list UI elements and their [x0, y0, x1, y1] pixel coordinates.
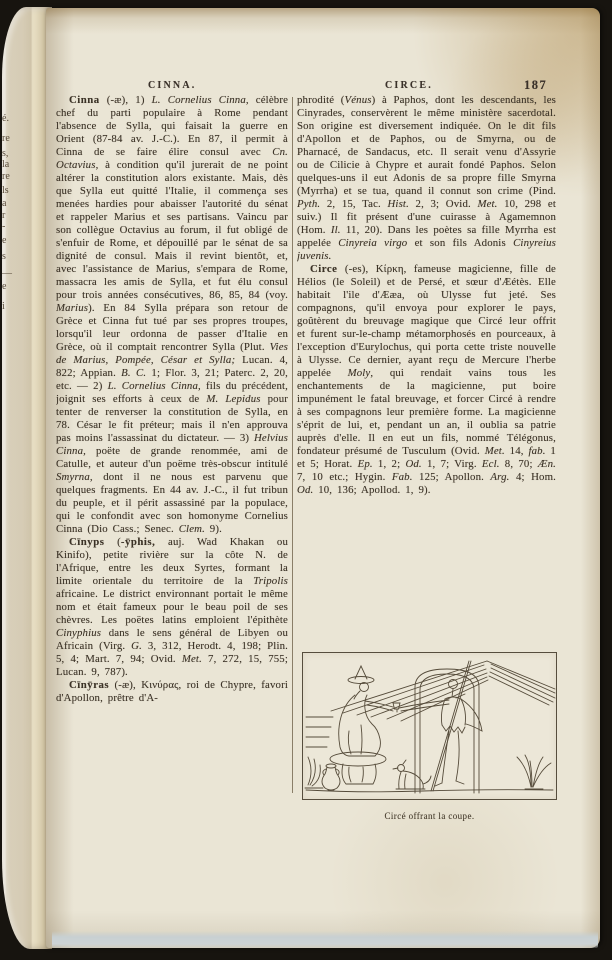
text-run: Pyth. — [297, 198, 320, 210]
text-run: Met. — [477, 198, 497, 210]
text-run: Il. — [331, 224, 341, 236]
text-run: Fab. — [392, 471, 413, 483]
text-run: 2, 3; Ovid. — [409, 198, 478, 210]
paragraph: Cīnȳras (-æ), Κινύρας, roi de Chypre, fa… — [56, 679, 288, 705]
text-run: 10, 136; Apollod. 1, 9). — [313, 484, 430, 496]
text-run: , qui rendait vains tous les enchantemen… — [297, 367, 556, 457]
text-run: M. Lepidus — [206, 393, 260, 405]
text-run: Ecl. — [482, 458, 500, 470]
text-run: 1, 7; Virg. — [422, 458, 482, 470]
text-run: Met. — [182, 653, 202, 665]
text-run: B. C. — [121, 367, 146, 379]
text-run: 2, 15, Tac. — [320, 198, 387, 210]
text-run: Smyrna, — [56, 471, 93, 483]
paragraph: phrodité (Vénus) à Paphos, dont les desc… — [297, 94, 556, 263]
text-column-right: phrodité (Vénus) à Paphos, dont les desc… — [297, 94, 556, 648]
text-run: africaine. Le district environnant porta… — [56, 588, 288, 626]
text-run: 4; Hom. — [510, 471, 556, 483]
text-run: Vénus — [345, 94, 372, 106]
paragraph: Circe (-es), Κίρκη, fameuse magicienne, … — [297, 263, 556, 497]
text-run: ). En 84 Sylla prépara son retour de Grè… — [56, 302, 288, 353]
entry-headword: Cīnȳras — [69, 679, 109, 691]
text-run: Æn. — [538, 458, 556, 470]
running-title-left: CINNA. — [148, 80, 196, 91]
entry-headword: -ȳphis, — [121, 536, 155, 548]
text-run: Marius — [56, 302, 88, 314]
text-run: Clem. — [179, 523, 205, 535]
text-run: et son fils Adonis — [407, 237, 513, 249]
text-run: 8, 70; — [500, 458, 538, 470]
text-run: poëte de grande renommée, ami de Catulle… — [56, 445, 288, 470]
circe-figure — [302, 652, 557, 800]
text-column-left: Cinna (-æ), 1) L. Cornelius Cinna, célèb… — [56, 94, 288, 798]
entry-headword: Circe — [310, 263, 337, 275]
text-run: phrodité ( — [297, 94, 345, 106]
text-run: ) à Paphos, dont les descendants, les Ci… — [297, 94, 556, 197]
entry-headword: Cinna — [69, 94, 100, 106]
book-scan: é.res,larelsar-es—ei CINNA. CIRCE. 187 C… — [0, 0, 612, 960]
text-run: Moly — [348, 367, 371, 379]
paragraph: Cinna (-æ), 1) L. Cornelius Cinna, célèb… — [56, 94, 288, 536]
text-run: L. Cornelius Cinna, — [108, 380, 201, 392]
entry-headword: Cīnyps — [69, 536, 104, 548]
text-run: Od. — [297, 484, 313, 496]
text-run: Hist. — [387, 198, 408, 210]
page-number: 187 — [524, 78, 547, 93]
text-run: Met. — [485, 445, 505, 457]
page-content: CINNA. CIRCE. 187 Cinna (-æ), 1) L. Corn… — [0, 0, 612, 960]
text-run: Od. — [405, 458, 421, 470]
circe-illustration — [303, 653, 556, 799]
text-run: ( — [104, 536, 120, 548]
text-run: 14, — [505, 445, 529, 457]
text-run: Cinyphius — [56, 627, 101, 639]
text-run: Arg. — [490, 471, 509, 483]
text-run: G. — [131, 640, 142, 652]
text-run: 7, 10 etc.; Hygin. — [297, 471, 392, 483]
column-divider-rule — [292, 97, 293, 793]
text-run: (-æ), 1) — [100, 94, 152, 106]
text-run: à condition qu'il jurerait de ne point a… — [56, 159, 288, 301]
text-run: Cinyreia virgo — [338, 237, 407, 249]
figure-caption: Circé offrant la coupe. — [302, 811, 557, 821]
text-run: 9). — [205, 523, 222, 535]
text-run: Ep. — [358, 458, 373, 470]
text-run: L. Cornelius Cinna, — [152, 94, 249, 106]
text-run: 1, 2; — [373, 458, 406, 470]
text-run: 125; Apollon. — [413, 471, 491, 483]
text-run: Tripolis — [253, 575, 288, 587]
paragraph: Cīnyps (-ȳphis, auj. Wad Khakan ou Kinif… — [56, 536, 288, 679]
text-run: (-es), Κίρκη, fameuse magicienne, fille … — [297, 263, 556, 379]
text-run: fab. — [528, 445, 545, 457]
running-title-right: CIRCE. — [385, 80, 433, 91]
